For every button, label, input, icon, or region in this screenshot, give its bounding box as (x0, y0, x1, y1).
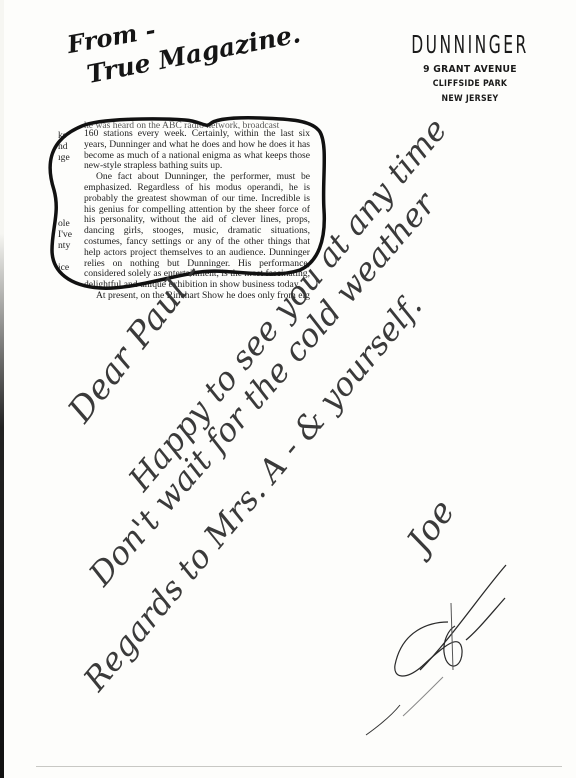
signature-icon (0, 0, 576, 778)
